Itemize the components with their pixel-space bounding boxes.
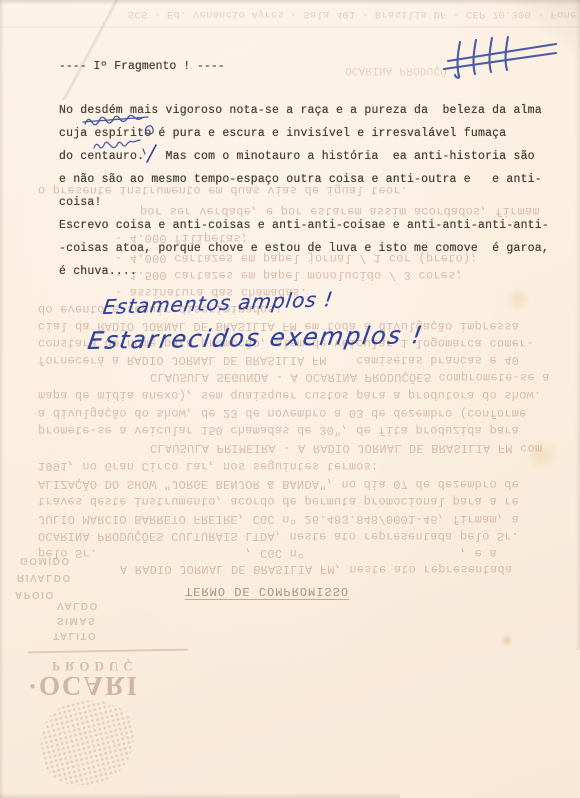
typed-line: -coisas atoa, porque chove e estou de lu… bbox=[59, 237, 549, 260]
fragment-header: ---- Iº Fragmento ! ---- bbox=[59, 57, 225, 77]
bleedthrough-line: promete-se a veicular 150 chamadas de 30… bbox=[38, 423, 519, 437]
typed-line: coisa! bbox=[59, 191, 549, 214]
bleedthrough-line: OCARINA PRODUÇÕES CULTURAIS LTDA, neste … bbox=[38, 529, 519, 543]
crease-line bbox=[38, 0, 148, 100]
bleedthrough-line: SIMAS bbox=[57, 615, 96, 626]
handwritten-slash-mark bbox=[144, 142, 160, 166]
handwritten-annotation-scribble bbox=[90, 136, 152, 156]
bleedthrough-line: fornecerá a RADIO JORNAL DE BRASILIA FM … bbox=[38, 353, 519, 367]
bleedthrough-line: GOMIDO bbox=[20, 555, 71, 566]
paper-sheet-with-torn-corner: SCS - Ed. Venancio Ayres - Sala 401 - Br… bbox=[0, 0, 580, 798]
bleedthrough-ocarina-drawing bbox=[31, 690, 143, 794]
crease-line bbox=[0, 26, 580, 29]
bleedthrough-line: mapa de midia anexo), sem quaisquer cust… bbox=[38, 388, 541, 402]
typed-line: e não são ao mesmo tempo-espaço outra co… bbox=[59, 168, 549, 191]
scan-edge-shadow bbox=[575, 0, 580, 650]
scan-edge-shadow bbox=[0, 0, 580, 5]
bleedthrough-line: OCARINA PRODUÇÕ bbox=[345, 64, 447, 76]
bleedthrough-line: RIVALDO bbox=[17, 572, 72, 583]
scan-edge-shadow bbox=[0, 793, 400, 798]
tally-mark-viii bbox=[440, 30, 562, 84]
bleedthrough-line: a divulgação do show, de 23 de novembro … bbox=[38, 406, 526, 420]
bleedthrough-line: CLAUSULA PRIMEIRA - A RADIO JORNAL DE BR… bbox=[150, 441, 542, 455]
bleedthrough-line: traves deste instrumento, acordo de perm… bbox=[38, 494, 519, 508]
bleedthrough-line: VALDO bbox=[57, 600, 99, 611]
bleedthrough-line: TERMO DE COMPROMISSO bbox=[185, 584, 349, 600]
handwritten-correction-scribble bbox=[82, 110, 164, 138]
bleedthrough-line: 1991, no Gran Circo Lar, nos seguintes t… bbox=[38, 459, 378, 473]
scan-edge-shadow bbox=[0, 0, 4, 798]
bleedthrough-line: A RADIO JORNAL DE BRASILIA FM, neste ato… bbox=[120, 562, 512, 576]
scanned-document-page: SCS - Ed. Venancio Ayres - Sala 401 - Br… bbox=[0, 0, 580, 798]
bleedthrough-line: ·OCARI bbox=[28, 670, 139, 701]
handwritten-note-line-2: Estarrecidos exemplos ! bbox=[86, 321, 426, 355]
paper-stain bbox=[500, 634, 514, 647]
bleedthrough-line: JULIO MARCIO BARRETO FREIRE, CGC nº 26.4… bbox=[38, 512, 519, 526]
bleedthrough-line: APOIO bbox=[15, 589, 55, 600]
bleedthrough-line: pelo Sr. , CGC nº , e a bbox=[38, 546, 497, 560]
typed-line: é chuva.... bbox=[59, 260, 549, 283]
bleedthrough-line: TALITO bbox=[53, 630, 97, 641]
bleedthrough-line: CLAUSULA SEGUNDA - A OCARINA PRODUÇÕES c… bbox=[150, 370, 550, 384]
typed-line: Escrevo coisa e anti-coisas e anti-anti-… bbox=[59, 214, 549, 237]
bleedthrough-letterhead-rule bbox=[28, 649, 188, 654]
paper-stain bbox=[505, 286, 531, 312]
paper-stain bbox=[526, 436, 558, 474]
bleedthrough-line: ALIZAÇÃO DO SHOW "JORGE BENJOR & BANDA",… bbox=[38, 477, 519, 491]
